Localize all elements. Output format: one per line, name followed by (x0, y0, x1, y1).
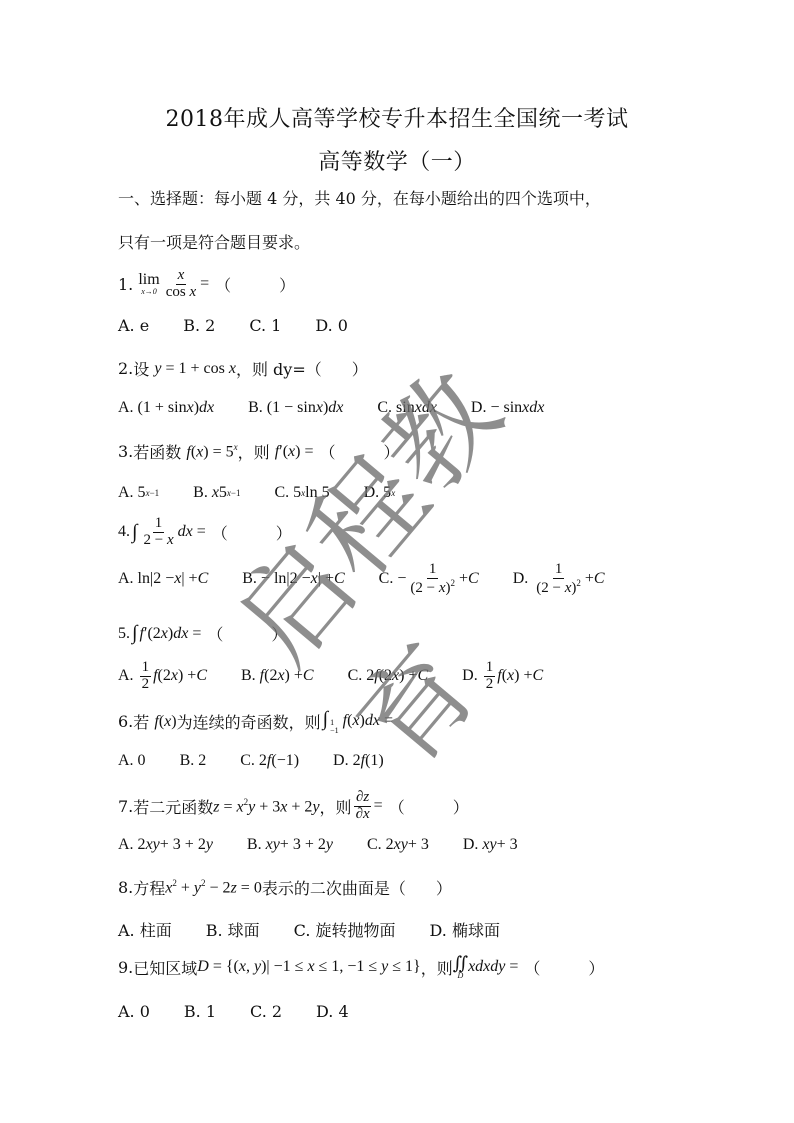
option-c: C. −1(2 − x)2+ C (379, 562, 479, 597)
section-instructions-line1: 一、选择题：每小题 4 分，共 40 分，在每小题给出的四个选项中， (118, 186, 601, 209)
option-a: A. (1 + sin x)dx (118, 399, 214, 417)
question-1-options: A. e B. 2 C. 1 D. 0 (118, 316, 382, 335)
option-d: D. 12f(x) + C (462, 660, 543, 693)
question-3-options: A. 5x−1 B. x5x−1 C. 5x ln 5 D. 5x (118, 484, 429, 502)
stem-text: 设 (133, 357, 149, 380)
option-c: C. 2f(2x) + C (348, 667, 429, 685)
option-a: A. 12f(2x) + C (118, 660, 207, 693)
stem-text: 若 (133, 710, 149, 733)
section-instructions-line2: 只有一项是符合题目要求。 (118, 230, 310, 253)
option-c: C. sin xdx (377, 399, 437, 417)
option-b: B. (1 − sin x)dx (248, 399, 343, 417)
option-b: B. 1 (184, 1002, 216, 1021)
answer-blank: （ ） (212, 521, 292, 544)
option-d: D. 2f(1) (333, 752, 384, 770)
stem-text: 表示的二次曲面是（ (262, 876, 406, 899)
option-a: A. 2xy + 3 + 2y (118, 836, 213, 854)
question-number: 3. (118, 442, 133, 461)
option-b: B. 2 (180, 752, 207, 770)
option-a: A. ln|2 − x| + C (118, 570, 208, 588)
stem-text: ） (352, 357, 368, 380)
question-3-stem: 3. 若函数 f(x) = 5x ，则 f′(x) = （ ） (118, 440, 400, 463)
question-1-stem: 1. limx→0 xcos x = （ ） (118, 268, 295, 301)
fraction: 12 − x (141, 516, 175, 549)
question-number: 4. (118, 523, 130, 541)
question-8-options: A. 柱面 B. 球面 C. 旋转抛物面 D. 椭球面 (118, 918, 534, 941)
question-6-stem: 6. 若 f(x) 为连续的奇函数，则 ∫1−1 f(x)dx = (118, 708, 393, 735)
option-c: C. 1 (249, 316, 281, 335)
option-c: C. 旋转抛物面 (294, 918, 396, 941)
answer-blank: （ ） (207, 622, 287, 645)
option-c: C. 2 (250, 1002, 282, 1021)
option-b: B. 2 (183, 316, 215, 335)
answer-blank: （ ） (319, 440, 399, 463)
stem-text: ） (436, 876, 452, 899)
question-number: 5. (118, 625, 130, 643)
option-a: A. 柱面 (118, 918, 172, 941)
question-9-options: A. 0 B. 1 C. 2 D. 4 (118, 1002, 383, 1021)
partial-derivative: ∂z∂x (354, 790, 372, 823)
answer-blank: （ ） (215, 273, 295, 296)
stem-text: ，则 (421, 956, 453, 979)
stem-text: ，则 dy=（ (236, 357, 322, 380)
integral-sign: ∫ (132, 622, 137, 645)
exam-title: 2018年成人高等学校专升本招生全国统一考试 (0, 102, 794, 133)
question-2-stem: 2. 设 y = 1 + cos x ，则 dy=（ ） (118, 357, 368, 380)
exam-page: 2018年成人高等学校专升本招生全国统一考试 高等数学（一） 一、选择题：每小题… (0, 0, 794, 1123)
question-7-options: A. 2xy + 3 + 2y B. xy + 3 + 2y C. 2xy + … (118, 836, 552, 854)
stem-text: 若函数 (133, 440, 181, 463)
option-c: C. 2f(−1) (240, 752, 299, 770)
question-number: 6. (118, 712, 133, 731)
option-d: D. xy + 3 (463, 836, 518, 854)
option-a: A. 5x−1 (118, 484, 159, 502)
stem-text: 方程 (133, 876, 165, 899)
option-d: D. 4 (316, 1002, 349, 1021)
option-b: B. f(2x) + C (241, 667, 314, 685)
question-number: 2. (118, 359, 133, 378)
stem-text: 若二元函数 (133, 795, 213, 818)
question-number: 9. (118, 958, 133, 977)
question-5-stem: 5. ∫ f′(2x)dx = （ ） (118, 622, 287, 645)
option-a: A. 0 (118, 1002, 150, 1021)
answer-blank: （ ） (389, 795, 469, 818)
question-9-stem: 9. 已知区域 D = {(x, y)| −1 ≤ x ≤ 1, −1 ≤ y … (118, 954, 604, 980)
question-8-stem: 8. 方程 x2 + y2 − 2z = 0 表示的二次曲面是（ ） (118, 876, 452, 899)
question-7-stem: 7. 若二元函数 z = x2y + 3x + 2y ，则 ∂z∂x = （ ） (118, 790, 469, 823)
exam-subtitle: 高等数学（一） (0, 145, 794, 176)
question-4-stem: 4. ∫ 12 − x dx = （ ） (118, 516, 292, 549)
integral-sign: ∫ (132, 521, 137, 544)
option-b: B. − ln|2 − x| + C (242, 570, 344, 588)
stem-text: 为连续的奇函数，则 (177, 710, 321, 733)
question-2-options: A. (1 + sin x)dx B. (1 − sin x)dx C. sin… (118, 399, 578, 417)
stem-text: ，则 (320, 795, 352, 818)
option-c: C. 2xy + 3 (367, 836, 429, 854)
option-d: D. 椭球面 (430, 918, 500, 941)
option-d: D. 5x (364, 484, 396, 502)
option-b: B. xy + 3 + 2y (247, 836, 333, 854)
option-d: D. − sin xdx (471, 399, 544, 417)
stem-text: ，则 (238, 440, 270, 463)
question-number: 8. (118, 878, 133, 897)
option-d: D. 0 (315, 316, 348, 335)
option-b: B. x5x−1 (193, 484, 240, 502)
question-number: 1. (118, 275, 133, 294)
limit-expression: limx→0 (138, 272, 159, 296)
question-6-options: A. 0 B. 2 C. 2f(−1) D. 2f(1) (118, 752, 418, 770)
question-number: 7. (118, 797, 133, 816)
option-a: A. e (118, 316, 149, 335)
option-d: D. 1(2 − x)2+ C (513, 562, 605, 597)
fraction: xcos x (164, 268, 198, 301)
answer-blank: （ ） (524, 956, 604, 979)
stem-text: 已知区域 (133, 956, 197, 979)
question-5-options: A. 12f(2x) + C B. f(2x) + C C. 2f(2x) + … (118, 660, 577, 693)
option-a: A. 0 (118, 752, 146, 770)
option-b: B. 球面 (206, 918, 260, 941)
option-c: C. 5x ln 5 (275, 484, 330, 502)
question-4-options: A. ln|2 − x| + C B. − ln|2 − x| + C C. −… (118, 562, 639, 597)
